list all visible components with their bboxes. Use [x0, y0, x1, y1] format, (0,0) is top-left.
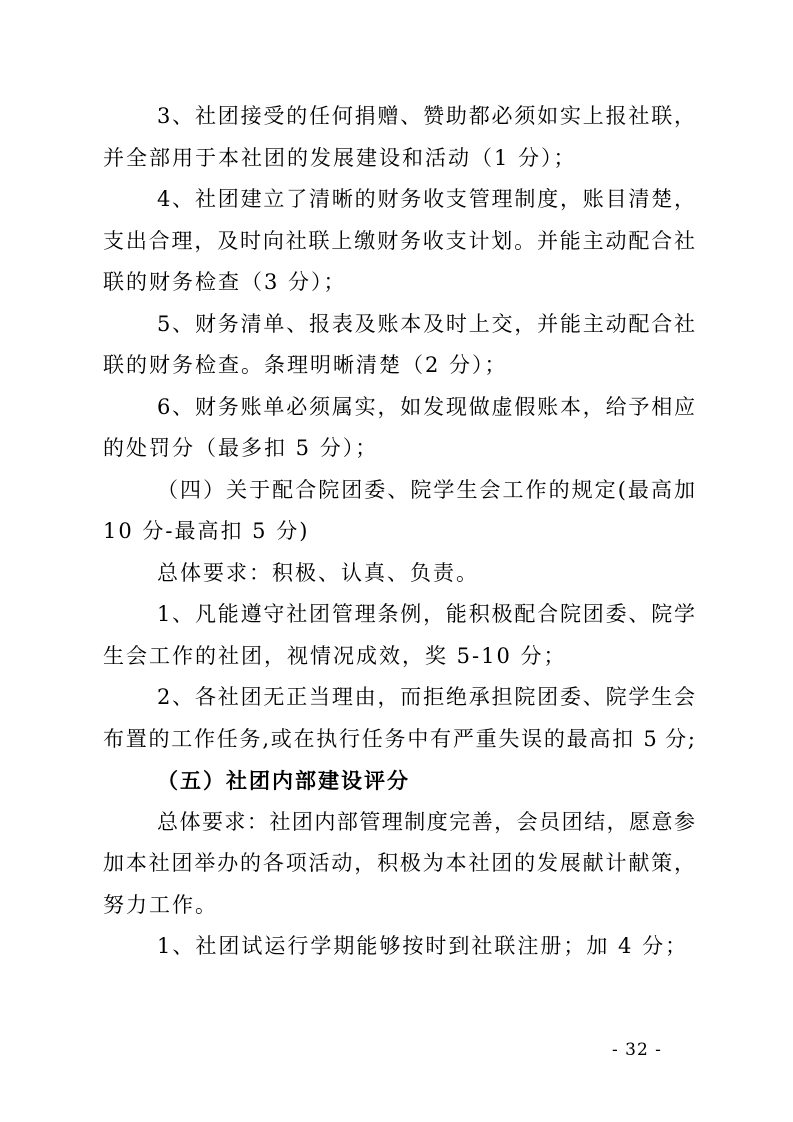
- text-line: 生会工作的社团，视情况成效，奖 5-10 分；: [103, 636, 695, 678]
- text-line: 的处罚分（最多扣 5 分）；: [103, 428, 695, 470]
- text-line: 5、财务清单、报表及账本及时上交，并能主动配合社: [103, 304, 695, 346]
- text-line: 1、凡能遵守社团管理条例，能积极配合院团委、院学: [103, 594, 695, 636]
- text-line: 加本社团举办的各项活动，积极为本社团的发展献计献策，: [103, 843, 695, 885]
- text-line: 2、各社团无正当理由，而拒绝承担院团委、院学生会: [103, 677, 695, 719]
- paragraph: 总体要求：社团内部管理制度完善，会员团结，愿意参加本社团举办的各项活动，积极为本…: [103, 802, 695, 927]
- text-line: 支出合理，及时向社联上缴财务收支计划。并能主动配合社: [103, 221, 695, 263]
- paragraph: 1、凡能遵守社团管理条例，能积极配合院团委、院学生会工作的社团，视情况成效，奖 …: [103, 594, 695, 677]
- paragraph: 3、社团接受的任何捐赠、赞助都必须如实上报社联，并全部用于本社团的发展建设和活动…: [103, 96, 695, 179]
- text-line: 总体要求：社团内部管理制度完善，会员团结，愿意参: [103, 802, 695, 844]
- text-line: 努力工作。: [103, 885, 695, 927]
- text-line: 3、社团接受的任何捐赠、赞助都必须如实上报社联，: [103, 96, 695, 138]
- text-line: 1、社团试运行学期能够按时到社联注册；加 4 分；: [103, 926, 695, 968]
- paragraph: 6、财务账单必须属实，如发现做虚假账本，给予相应的处罚分（最多扣 5 分）；: [103, 387, 695, 470]
- text-line: 联的财务检查。条理明晰清楚（2 分）；: [103, 345, 695, 387]
- text-line: 并全部用于本社团的发展建设和活动（1 分）；: [103, 138, 695, 180]
- document-page: 3、社团接受的任何捐赠、赞助都必须如实上报社联，并全部用于本社团的发展建设和活动…: [0, 0, 793, 1122]
- text-line: （五）社团内部建设评分: [103, 760, 695, 802]
- paragraph: （四）关于配合院团委、院学生会工作的规定(最高加10 分-最高扣 5 分): [103, 470, 695, 553]
- text-line: 6、财务账单必须属实，如发现做虚假账本，给予相应: [103, 387, 695, 429]
- paragraph: 1、社团试运行学期能够按时到社联注册；加 4 分；: [103, 926, 695, 968]
- paragraph: 总体要求：积极、认真、负责。: [103, 553, 695, 595]
- paragraph: 2、各社团无正当理由，而拒绝承担院团委、院学生会布置的工作任务,或在执行任务中有…: [103, 677, 695, 760]
- text-line: 10 分-最高扣 5 分): [103, 511, 695, 553]
- text-line: 4、社团建立了清晰的财务收支管理制度，账目清楚，: [103, 179, 695, 221]
- paragraph: 4、社团建立了清晰的财务收支管理制度，账目清楚，支出合理，及时向社联上缴财务收支…: [103, 179, 695, 304]
- text-line: （四）关于配合院团委、院学生会工作的规定(最高加: [103, 470, 695, 512]
- text-line: 布置的工作任务,或在执行任务中有严重失误的最高扣 5 分;: [103, 719, 695, 761]
- document-body: 3、社团接受的任何捐赠、赞助都必须如实上报社联，并全部用于本社团的发展建设和活动…: [103, 96, 695, 968]
- text-line: 总体要求：积极、认真、负责。: [103, 553, 695, 595]
- page-number: - 32 -: [612, 1040, 662, 1060]
- paragraph: 5、财务清单、报表及账本及时上交，并能主动配合社联的财务检查。条理明晰清楚（2 …: [103, 304, 695, 387]
- paragraph: （五）社团内部建设评分: [103, 760, 695, 802]
- text-line: 联的财务检查（3 分）；: [103, 262, 695, 304]
